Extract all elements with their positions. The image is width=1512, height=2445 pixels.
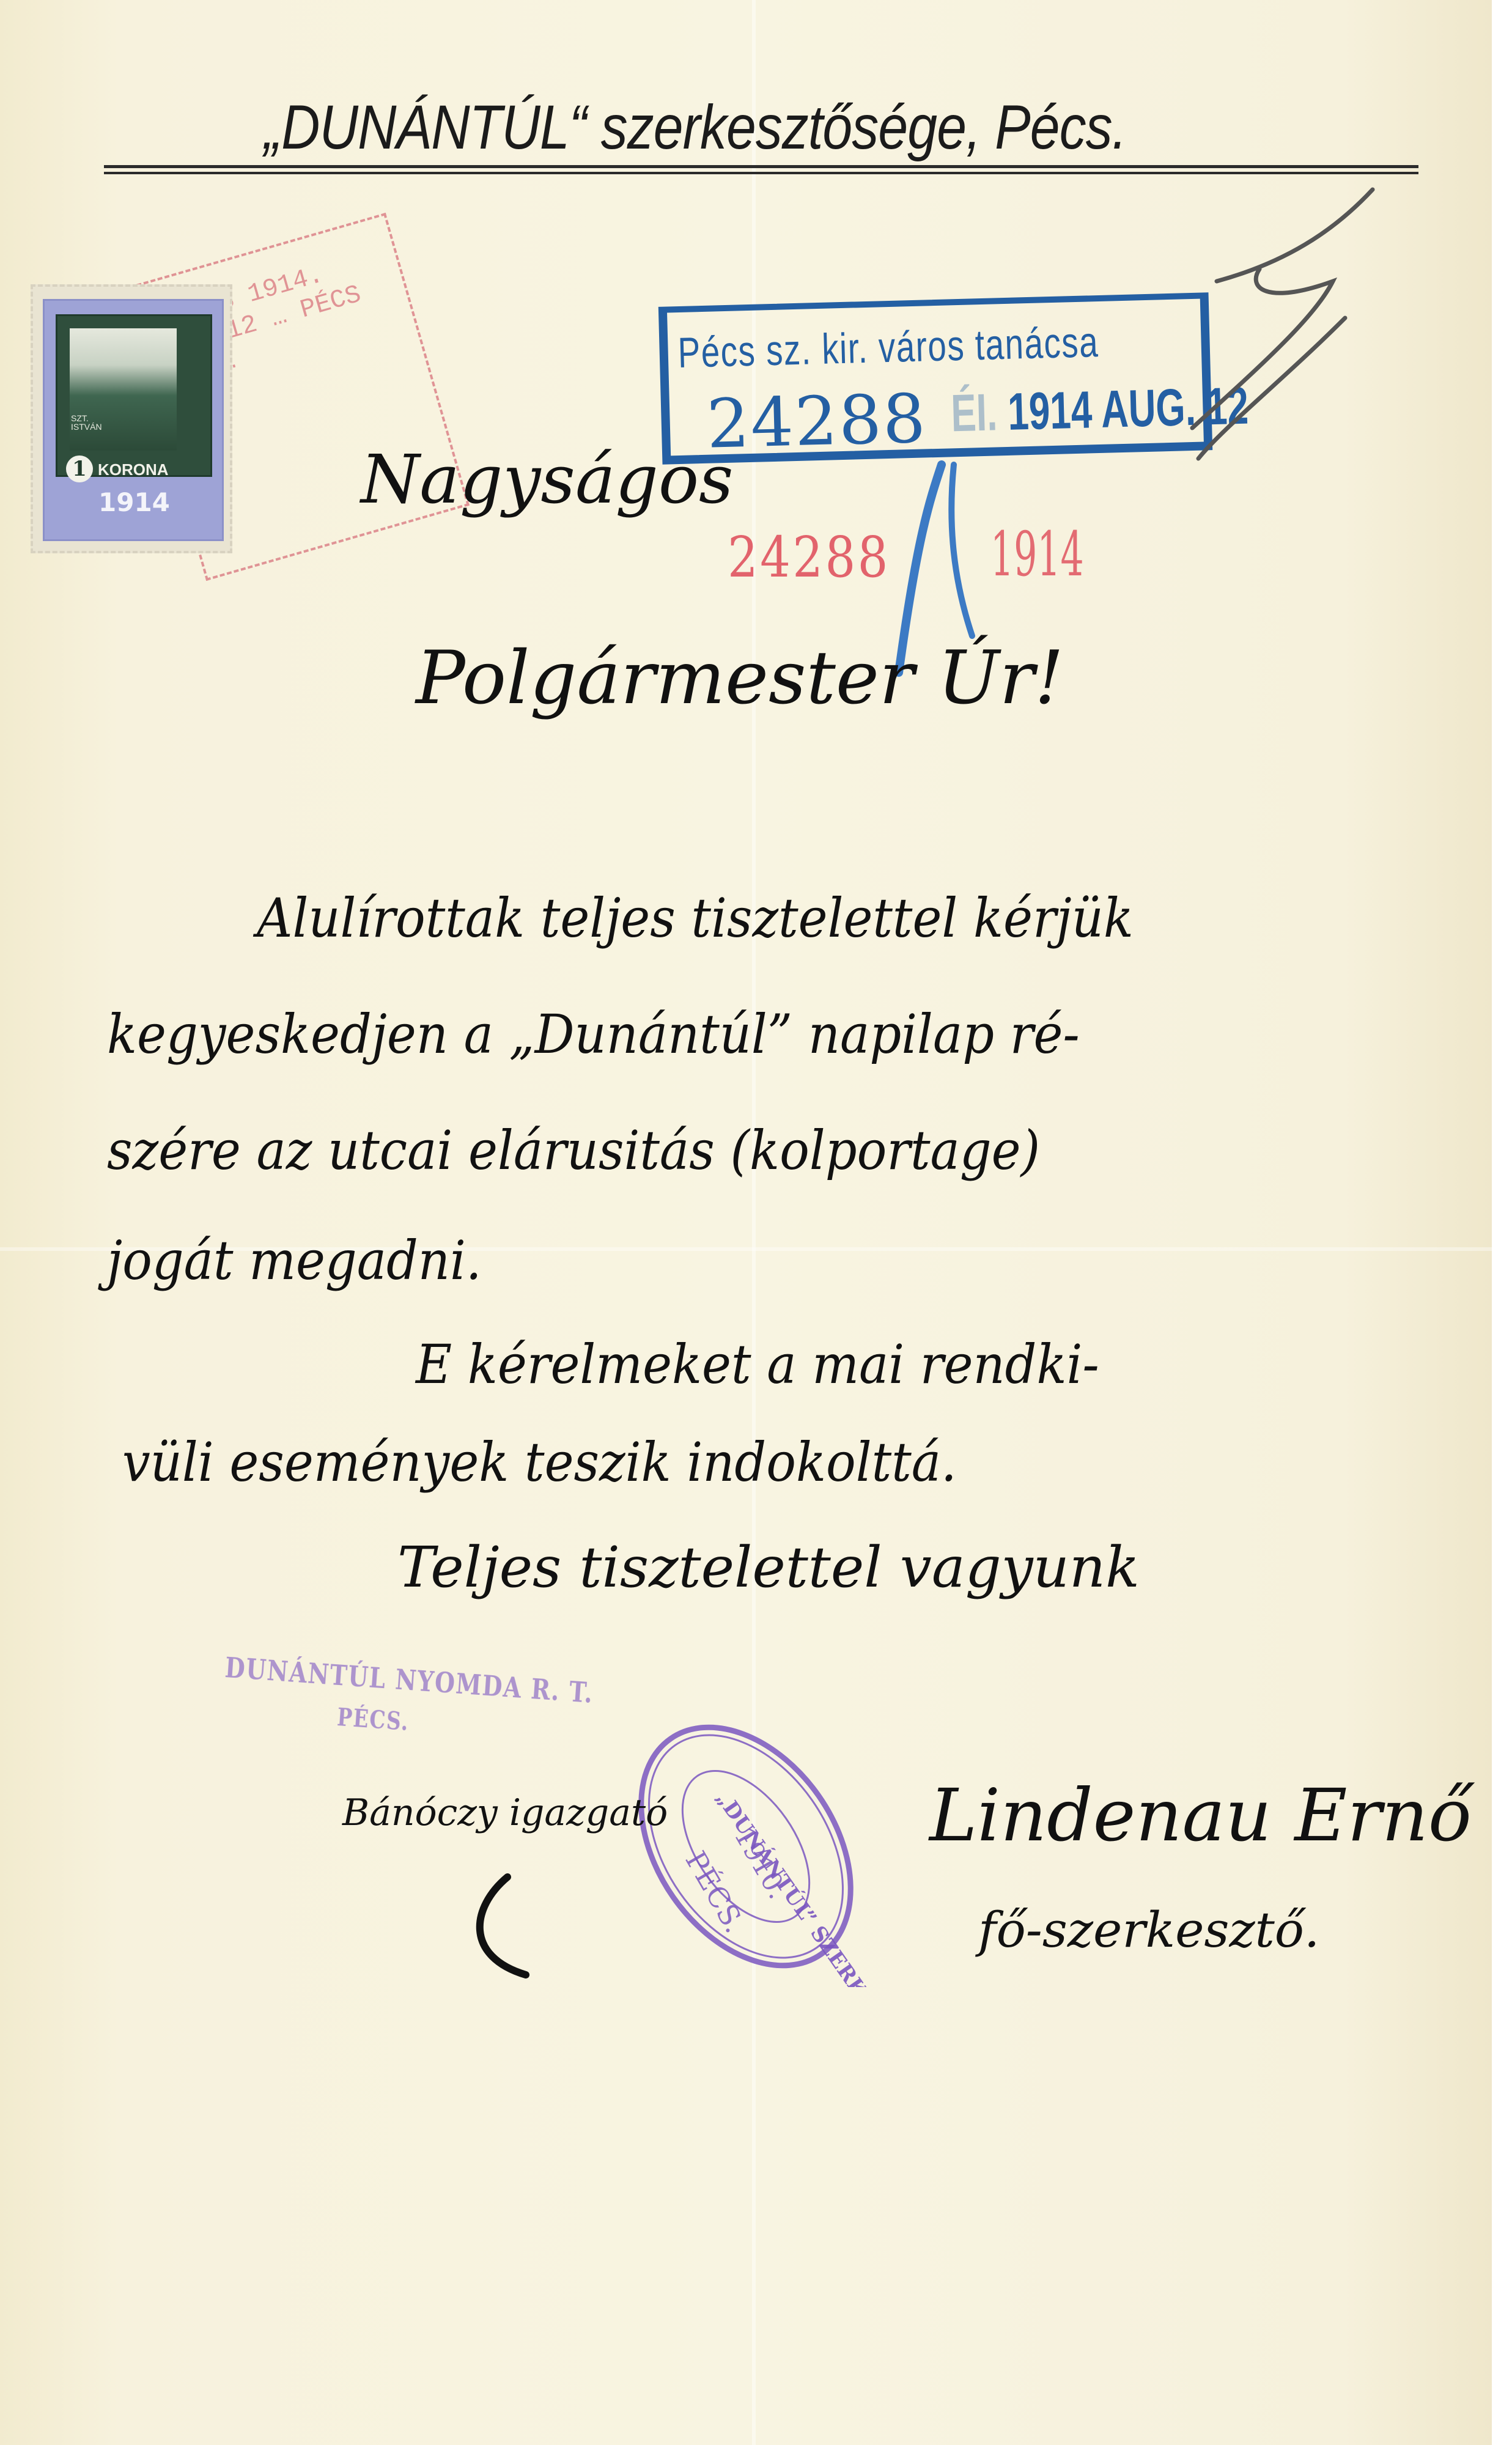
signature-title: fő-szerkesztő.: [978, 1901, 1319, 1958]
red-registry-number: 24288: [728, 525, 890, 590]
body-line: szére az utcai elárusitás (kolportage): [107, 1119, 1040, 1182]
registry-stamp-date: ÉI. 1914 AUG. 12: [950, 376, 1249, 444]
registry-stamp: Pécs sz. kir. város tanácsa 24288 ÉI. 19…: [658, 292, 1212, 464]
letterhead-rule-bottom: [104, 172, 1418, 174]
registry-stamp-prefix: ÉI.: [950, 383, 998, 443]
closing-line: Teljes tisztelettel vagyunk: [397, 1535, 1140, 1600]
salutation-line-1: Nagyságos: [361, 440, 734, 518]
revenue-stamp: SZT. ISTVÁN 1 KORONA 1914: [31, 284, 232, 553]
body-line: kegyeskedjen a „Dunántúl” napilap ré-: [107, 1003, 1080, 1066]
revenue-stamp-caption: SZT. ISTVÁN: [71, 414, 101, 431]
salutation-line-2: Polgármester Úr!: [416, 636, 1064, 721]
letterhead-title: „DUNÁNTÚL“ szerkesztősége, Pécs.: [196, 92, 1195, 163]
revenue-stamp-body: SZT. ISTVÁN 1 KORONA 1914: [43, 299, 224, 541]
revenue-stamp-currency: KORONA: [98, 460, 169, 479]
body-line: vüli események teszik indokolttá.: [122, 1431, 957, 1494]
saint-stephen-equestrian-icon: [70, 328, 177, 451]
editorial-oval-stamp-icon: „DUNÁNTÚL” SZERKESZTŐSÉGE 1910. PÉCS.: [624, 1706, 868, 1987]
printer-stamp-line2: PÉCS.: [336, 1703, 410, 1736]
body-line: jogát megadni.: [107, 1229, 482, 1292]
letterhead-rule-top: [104, 165, 1418, 168]
revenue-stamp-year: 1914: [98, 487, 170, 517]
revenue-stamp-value: 1: [66, 455, 93, 482]
red-registry-year: 1914: [990, 518, 1084, 590]
scan-edge: [1492, 0, 1512, 2445]
registry-stamp-number: 24288: [706, 379, 927, 463]
registry-stamp-date-value: 1914 AUG. 12: [1007, 377, 1249, 441]
body-line: Alulírottak teljes tisztelettel kérjük: [257, 887, 1134, 950]
body-line: E kérelmeket a mai rendki-: [416, 1333, 1099, 1396]
registry-stamp-header: Pécs sz. kir. város tanácsa: [677, 317, 1099, 377]
signature-left: Bánóczy igazgató: [342, 1791, 668, 1834]
revenue-stamp-frame: SZT. ISTVÁN 1 KORONA: [56, 314, 212, 477]
signature-name: Lindenau Ernő: [929, 1773, 1472, 1857]
